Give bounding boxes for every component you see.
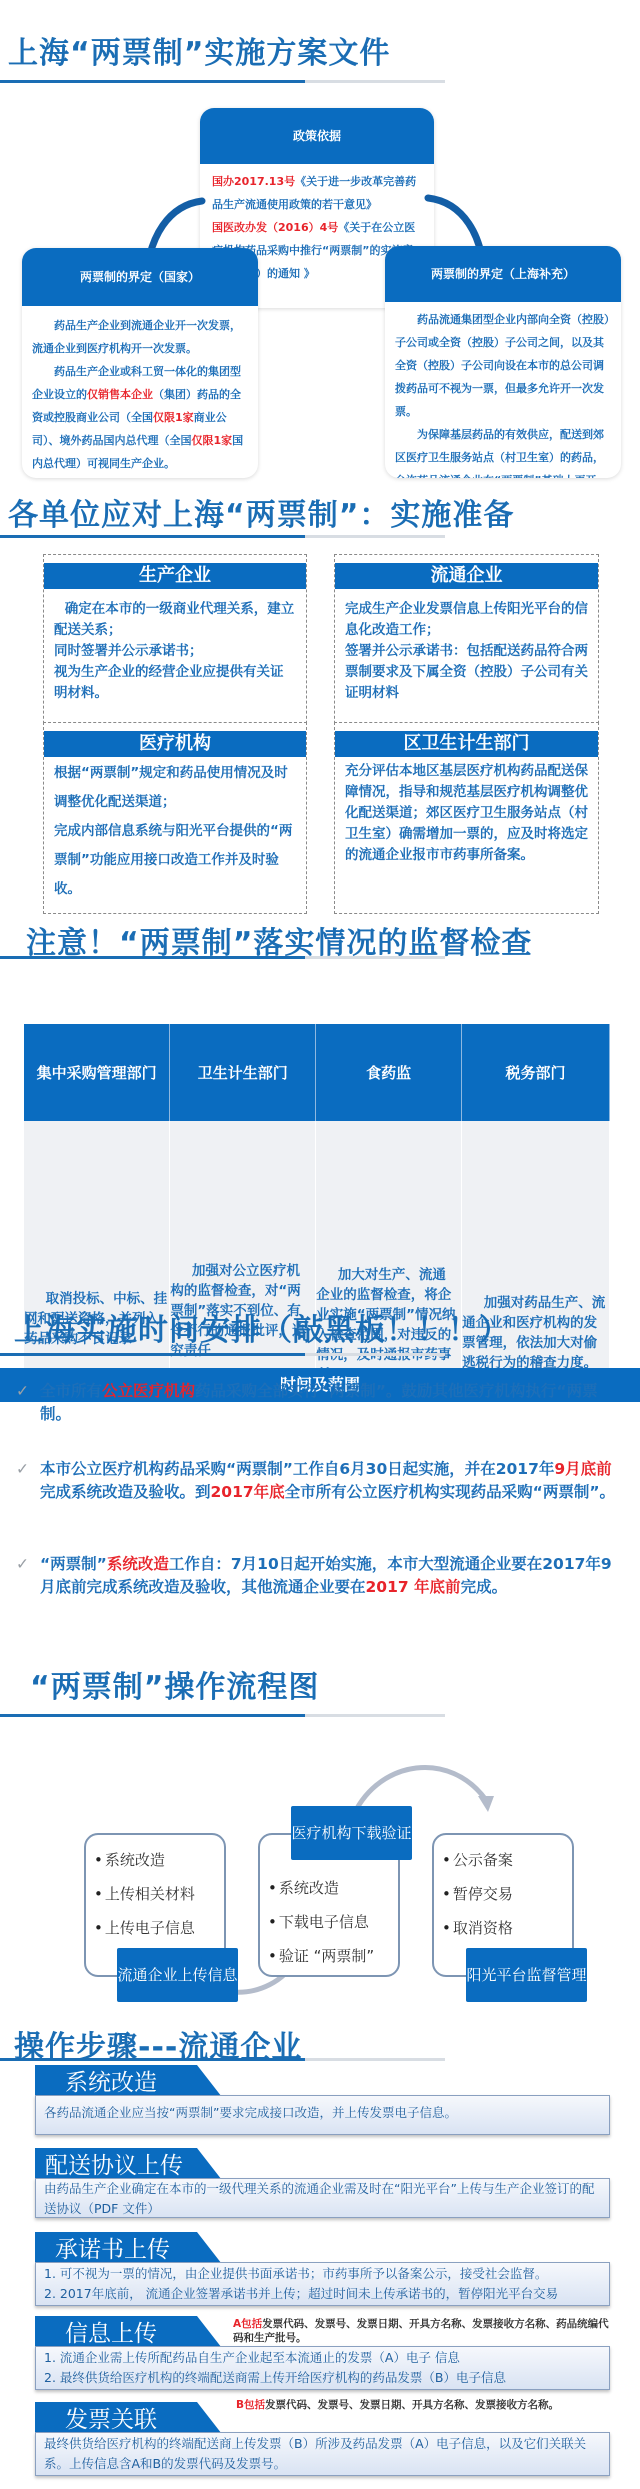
check-icon: ✓ bbox=[16, 1458, 29, 1481]
step-line: 1. 流通企业需上传所配药品自生产企业起至本流通止的发票（A）电子 信息 bbox=[44, 2348, 601, 2368]
flow-item: 系统改造 bbox=[94, 1843, 224, 1877]
step-line: 2. 最终供货给医疗机构的终端配送商需上传开给医疗机构的药品发票（B）电子信息 bbox=[44, 2368, 601, 2388]
prep-box-body: 确定在本市的一级商业代理关系，建立配送关系； 同时签署并公示承诺书； 视为生产企… bbox=[44, 589, 306, 704]
note-a: A包括发票代码、发票号、发票日期、开具方名称、发票接收方名称、药品统编代码和生产… bbox=[233, 2317, 613, 2345]
prep-box-header: 生产企业 bbox=[44, 563, 306, 589]
definition-shanghai-card: 两票制的界定（上海补充） 药品流通集团型企业内部向全资（控股）子公司或全资（控股… bbox=[385, 246, 621, 478]
step-line: 2. 2017年底前， 流通企业签署承诺书并上传；超过时间未上传承诺书的，暂停阳… bbox=[44, 2284, 601, 2304]
policy-basis-header: 政策依据 bbox=[200, 108, 434, 164]
flow-item: 取消资格 bbox=[442, 1911, 572, 1945]
section-title-timeline: 上海实施时间安排（敲黑板！！！） bbox=[14, 1305, 510, 1349]
shanghai-p2: 为保障基层药品的有效供应，配送到郊区医疗卫生服务站点（村卫生室）的药品，允许药品… bbox=[395, 423, 611, 478]
timeline-item: ✓ 本市公立医疗机构药品采购“两票制”工作自6月30日起实施，并在2017年9月… bbox=[16, 1458, 626, 1504]
timeline-item: ✓ 全市所有公立医疗机构药品采购全部实行“两票制”。鼓励其他医疗机构执行“两票制… bbox=[16, 1380, 626, 1426]
prep-box-body: 根据“两票制”规定和药品使用情况及时调整优化配送渠道； 完成内部信息系统与阳光平… bbox=[44, 757, 306, 904]
section-title-preparation: 各单位应对上海“两票制”：实施准备 bbox=[8, 490, 514, 534]
prep-box-header: 区卫生计生部门 bbox=[335, 731, 598, 757]
flow-item-list: 系统改造 上传相关材料 上传电子信息 bbox=[86, 1835, 224, 1945]
note-b: B包括发票代码、发票号、发票日期、开具方名称、发票接收方名称。 bbox=[236, 2398, 616, 2412]
prep-box-manufacturer: 生产企业 确定在本市的一级商业代理关系，建立配送关系； 同时签署并公示承诺书； … bbox=[43, 554, 307, 744]
step-box: 1. 流通企业需上传所配药品自生产企业起至本流通止的发票（A）电子 信息 2. … bbox=[35, 2346, 610, 2390]
flow-item: 系统改造 bbox=[268, 1871, 398, 1905]
check-icon: ✓ bbox=[16, 1380, 29, 1403]
prep-box-district-health: 区卫生计生部门 充分评估本地区基层医疗机构药品配送保障情况，指导和规范基层医疗机… bbox=[334, 722, 599, 914]
table-header-cell: 税务部门 bbox=[462, 1024, 610, 1121]
prep-box-body: 完成生产企业发票信息上传阳光平台的信息化改造工作； 签署并公示承诺书：包括配送药… bbox=[335, 589, 598, 704]
national-p1: 药品生产企业到流通企业开一次发票，流通企业到医疗机构开一次发票。 bbox=[32, 314, 248, 360]
definition-shanghai-body: 药品流通集团型企业内部向全资（控股）子公司或全资（控股）子公司之间，以及其全资（… bbox=[385, 302, 621, 478]
section-title-plan-documents: 上海“两票制”实施方案文件 bbox=[8, 28, 390, 72]
step-box: 1. 可不视为一票的情况，由企业提供书面承诺书；市药事所予以备案公示，接受社会监… bbox=[35, 2262, 610, 2306]
table-header-row: 集中采购管理部门 卫生计生部门 食药监 税务部门 bbox=[24, 1024, 610, 1121]
table-header-cell: 食药监 bbox=[316, 1024, 462, 1121]
doc2-ref: 国医改办发（2016）4号 bbox=[212, 221, 338, 234]
step-line: 1. 可不视为一票的情况，由企业提供书面承诺书；市药事所予以备案公示，接受社会监… bbox=[44, 2264, 601, 2284]
title-underline bbox=[0, 1714, 445, 1717]
flow-item: 公示备案 bbox=[442, 1843, 572, 1877]
prep-box-header: 医疗机构 bbox=[44, 731, 306, 757]
step-box: 各药品流通企业应当按“两票制”要求完成接口改造，并上传发票电子信息。 bbox=[35, 2095, 610, 2135]
step-line: 由药品生产企业确定在本市的一级代理关系的流通企业需及时在“阳光平台”上传与生产企… bbox=[44, 2179, 601, 2219]
flow-label-medical-verify: 医疗机构下载验证 bbox=[291, 1806, 412, 1860]
table-header-cell: 卫生计生部门 bbox=[170, 1024, 316, 1121]
check-icon: ✓ bbox=[16, 1553, 29, 1576]
step-line: 各药品流通企业应当按“两票制”要求完成接口改造，并上传发票电子信息。 bbox=[44, 2103, 601, 2123]
flow-item: 上传电子信息 bbox=[94, 1911, 224, 1945]
title-underline bbox=[0, 2058, 445, 2061]
flow-item: 上传相关材料 bbox=[94, 1877, 224, 1911]
flow-label-platform-supervision: 阳光平台监督管理 bbox=[466, 1948, 587, 2002]
timeline-item: ✓ “两票制”系统改造工作自：7月10日起开始实施，本市大型流通企业要在2017… bbox=[16, 1553, 626, 1599]
definition-shanghai-header: 两票制的界定（上海补充） bbox=[385, 246, 621, 302]
title-underline bbox=[0, 1353, 445, 1356]
prep-box-medical-institution: 医疗机构 根据“两票制”规定和药品使用情况及时调整优化配送渠道； 完成内部信息系… bbox=[43, 722, 307, 914]
definition-national-card: 两票制的界定（国家） 药品生产企业到流通企业开一次发票，流通企业到医疗机构开一次… bbox=[22, 248, 258, 478]
flow-item: 下载电子信息 bbox=[268, 1905, 398, 1939]
prep-box-distributor: 流通企业 完成生产企业发票信息上传阳光平台的信息化改造工作； 签署并公示承诺书：… bbox=[334, 554, 599, 744]
prep-box-body: 充分评估本地区基层医疗机构药品配送保障情况，指导和规范基层医疗机构调整优化配送渠… bbox=[335, 757, 598, 866]
step-box: 最终供货给医疗机构的终端配送商上传发票（B）所涉及药品发票（A）电子信息，以及它… bbox=[35, 2432, 610, 2476]
table-header-cell: 集中采购管理部门 bbox=[24, 1024, 170, 1121]
title-underline bbox=[0, 956, 445, 959]
section-title-flowchart: “两票制”操作流程图 bbox=[30, 1662, 319, 1706]
flow-label-distributor-upload: 流通企业上传信息 bbox=[117, 1948, 238, 2002]
doc1-ref: 国办2017.13号 bbox=[212, 175, 295, 188]
step-box: 由药品生产企业确定在本市的一级代理关系的流通企业需及时在“阳光平台”上传与生产企… bbox=[35, 2178, 610, 2218]
title-underline bbox=[0, 535, 445, 538]
flow-item: 暂停交易 bbox=[442, 1877, 572, 1911]
prep-box-header: 流通企业 bbox=[335, 563, 598, 589]
shanghai-p1: 药品流通集团型企业内部向全资（控股）子公司或全资（控股）子公司之间，以及其全资（… bbox=[395, 308, 611, 423]
title-underline bbox=[0, 80, 445, 83]
flow-item-list: 公示备案 暂停交易 取消资格 bbox=[434, 1835, 572, 1945]
definition-national-body: 药品生产企业到流通企业开一次发票，流通企业到医疗机构开一次发票。 药品生产企业或… bbox=[22, 306, 258, 478]
definition-national-header: 两票制的界定（国家） bbox=[22, 248, 258, 306]
national-p2: 药品生产企业或科工贸一体化的集团型企业设立的仅销售本企业（集团）药品的全资或控股… bbox=[32, 360, 248, 475]
step-line: 最终供货给医疗机构的终端配送商上传发票（B）所涉及药品发票（A）电子信息，以及它… bbox=[44, 2434, 601, 2474]
flow-item: 验证 “两票制” bbox=[268, 1939, 398, 1973]
